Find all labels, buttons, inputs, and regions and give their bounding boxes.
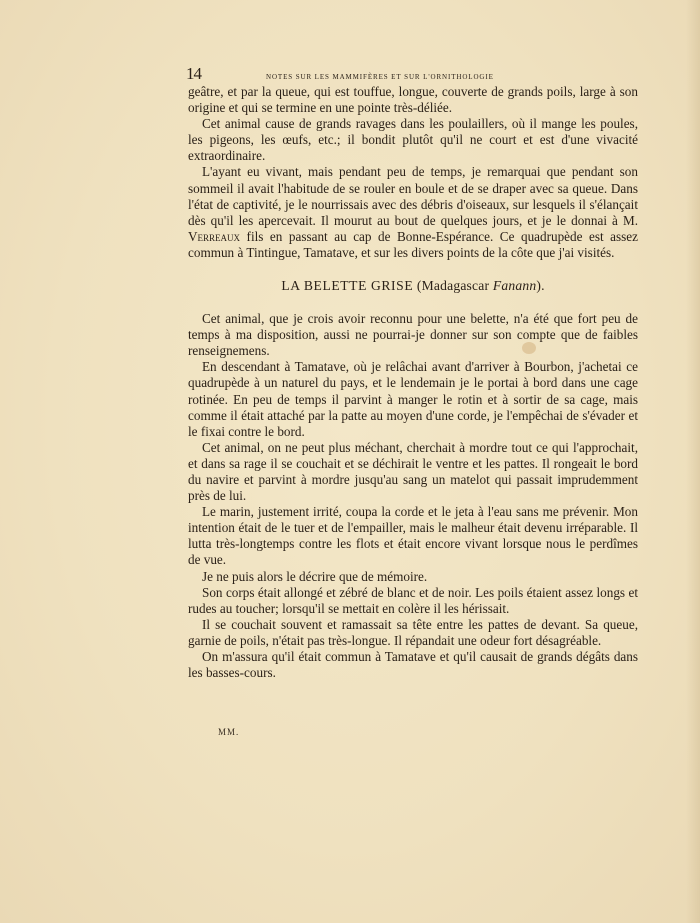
section-heading-paren-close: ).	[536, 278, 544, 293]
paragraph: On m'assura qu'il était commun à Tamatav…	[188, 649, 638, 681]
section-heading: LA BELETTE GRISE (Madagascar Fanann).	[188, 277, 638, 295]
running-head-title: NOTES SUR LES MAMMIFÈRES ET SUR L'ORNITH…	[266, 69, 494, 85]
paragraph: Le marin, justement irrité, coupa la cor…	[188, 504, 638, 568]
paragraph: Cet animal, on ne peut plus méchant, che…	[188, 440, 638, 504]
paragraph-text: fils en passant au cap de Bonne-Espéranc…	[188, 229, 638, 260]
paragraph: Cet animal cause de grands ravages dans …	[188, 116, 638, 164]
book-page: 14 NOTES SUR LES MAMMIFÈRES ET SUR L'ORN…	[0, 0, 700, 923]
text-block: 14 NOTES SUR LES MAMMIFÈRES ET SUR L'ORN…	[188, 66, 638, 681]
paragraph: Son corps était allongé et zébré de blan…	[188, 585, 638, 617]
paragraph: Il se couchait souvent et ramassait sa t…	[188, 617, 638, 649]
paragraph: geâtre, et par la queue, qui est touffue…	[188, 84, 638, 116]
paragraph: Je ne puis alors le décrire que de mémoi…	[188, 569, 638, 585]
paragraph: En descendant à Tamatave, où je relâchai…	[188, 359, 638, 439]
paragraph: L'ayant eu vivant, mais pendant peu de t…	[188, 164, 638, 261]
section-heading-local-name: Fanann	[493, 278, 537, 293]
section-heading-paren: (Madagascar	[413, 278, 493, 293]
signature-mark: MM.	[218, 727, 239, 737]
section-heading-main: LA BELETTE GRISE	[281, 278, 413, 293]
person-name-verreaux: Verreaux	[188, 229, 240, 244]
page-number: 14	[186, 66, 201, 82]
paragraph: Cet animal, que je crois avoir reconnu p…	[188, 311, 638, 359]
running-head: 14 NOTES SUR LES MAMMIFÈRES ET SUR L'ORN…	[188, 66, 638, 84]
paragraph-text: L'ayant eu vivant, mais pendant peu de t…	[188, 164, 638, 227]
